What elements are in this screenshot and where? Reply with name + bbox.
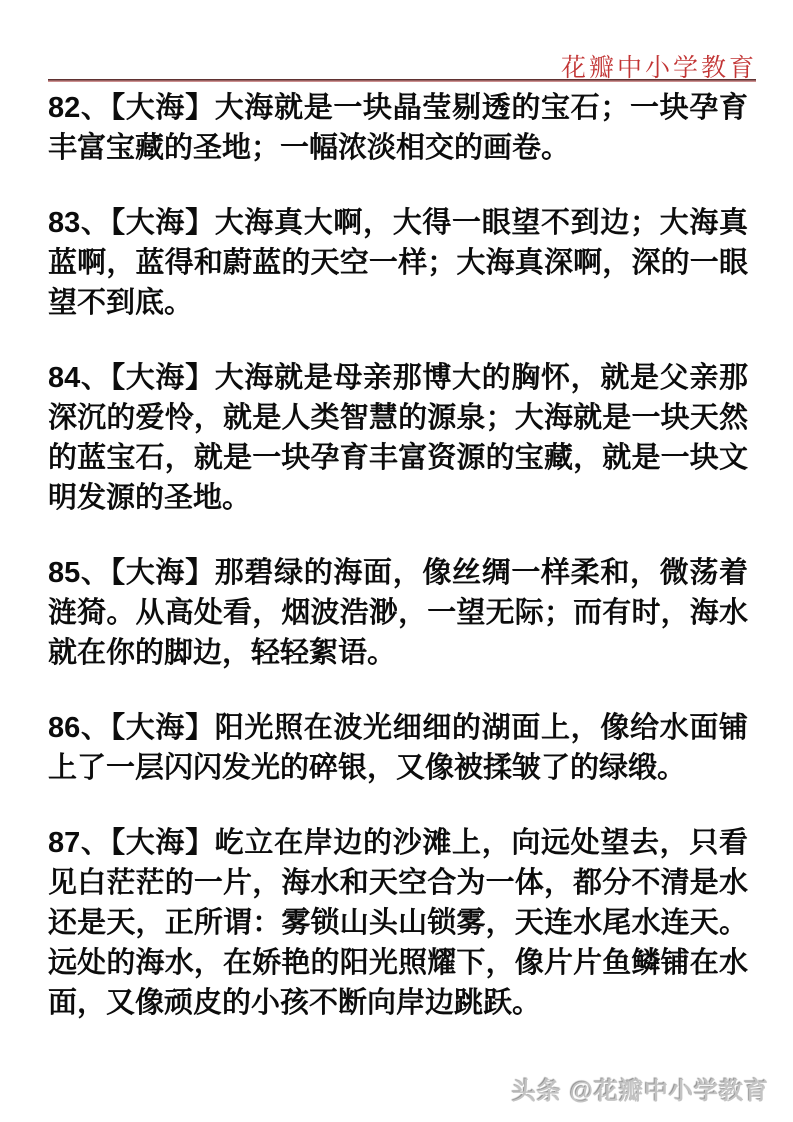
sentence-item-82: 82、【大海】大海就是一块晶莹剔透的宝石；一块孕育丰富宝藏的圣地；一幅浓淡相交的…: [48, 88, 748, 168]
sentence-item-84: 84、【大海】大海就是母亲那博大的胸怀，就是父亲那深沉的爱怜，就是人类智慧的源泉…: [48, 358, 748, 518]
sentence-topic-tag: 【大海】: [111, 827, 215, 859]
sentence-number: 86、: [48, 712, 111, 744]
sentence-topic-tag: 【大海】: [111, 207, 215, 239]
sentence-topic-tag: 【大海】: [111, 712, 215, 744]
sentence-list: 82、【大海】大海就是一块晶莹剔透的宝石；一块孕育丰富宝藏的圣地；一幅浓淡相交的…: [48, 88, 748, 1058]
watermark-credit: 头条 @花瓣中小学教育: [512, 1071, 769, 1106]
sentence-item-87: 87、【大海】屹立在岸边的沙滩上，向远处望去，只看见白茫茫的一片，海水和天空合为…: [48, 823, 748, 1023]
document-page: 花瓣中小学教育 82、【大海】大海就是一块晶莹剔透的宝石；一块孕育丰富宝藏的圣地…: [0, 0, 793, 1122]
sentence-item-85: 85、【大海】那碧绿的海面，像丝绸一样柔和，微荡着涟猗。从高处看，烟波浩渺，一望…: [48, 553, 748, 673]
sentence-number: 85、: [48, 557, 111, 589]
sentence-topic-tag: 【大海】: [111, 362, 215, 394]
header-divider-rule: [48, 79, 756, 82]
sentence-number: 87、: [48, 827, 111, 859]
sentence-item-83: 83、【大海】大海真大啊，大得一眼望不到边；大海真蓝啊，蓝得和蔚蓝的天空一样；大…: [48, 203, 748, 323]
sentence-number: 83、: [48, 207, 111, 239]
sentence-number: 84、: [48, 362, 111, 394]
sentence-topic-tag: 【大海】: [111, 92, 215, 124]
sentence-item-86: 86、【大海】阳光照在波光细细的湖面上，像给水面铺上了一层闪闪发光的碎银，又像被…: [48, 708, 748, 788]
sentence-number: 82、: [48, 92, 111, 124]
sentence-topic-tag: 【大海】: [111, 557, 215, 589]
